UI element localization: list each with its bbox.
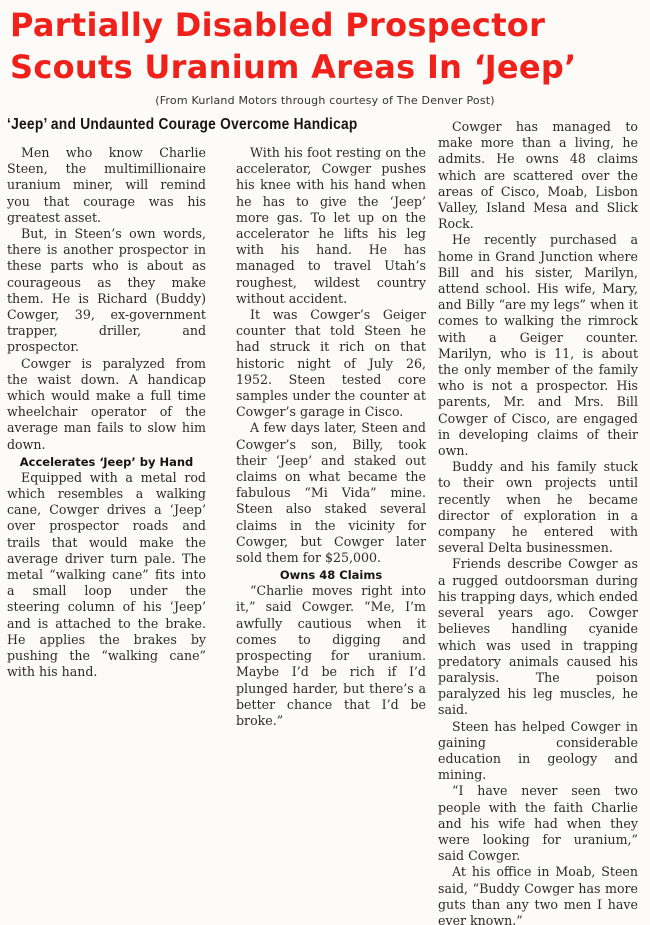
paragraph: Equipped with a metal rod which resemble… (7, 470, 206, 681)
headline: Partially Disabled Prospector Scouts Ura… (10, 4, 650, 88)
paragraph: At his office in Moab, Steen said, “Budd… (438, 864, 638, 925)
paragraph: With his foot resting on the accelerator… (236, 145, 426, 307)
paragraph: Cowger has managed to make more than a l… (438, 119, 638, 232)
paragraph: Buddy and his family stuck to their own … (438, 459, 638, 556)
paragraph: It was Cowger’s Geiger counter that told… (236, 307, 426, 420)
paragraph: He recently purchased a home in Grand Ju… (438, 232, 638, 459)
column-3: Cowger has managed to make more than a l… (438, 119, 638, 925)
source-credit: (From Kurland Motors through courtesy of… (0, 94, 650, 107)
paragraph: Steen has helped Cowger in gaining consi… (438, 719, 638, 784)
paragraph: “Charlie moves right into it,” said Cowg… (236, 583, 426, 729)
section-heading: Owns 48 Claims (236, 567, 426, 583)
column-1: Men who know Charlie Steen, the multimil… (7, 145, 206, 681)
paragraph: Friends describe Cowger as a rugged outd… (438, 556, 638, 718)
subheadline: ‘Jeep’ and Undaunted Courage Overcome Ha… (7, 116, 368, 134)
paragraph: Cowger is paralyzed from the waist down.… (7, 356, 206, 453)
headline-line-1: Partially Disabled Prospector (10, 4, 650, 46)
headline-line-2: Scouts Uranium Areas In ‘Jeep’ (10, 46, 650, 88)
section-heading: Accelerates ‘Jeep’ by Hand (7, 454, 206, 470)
paragraph: Men who know Charlie Steen, the multimil… (7, 145, 206, 226)
paragraph: But, in Steen’s own words, there is anot… (7, 226, 206, 356)
paragraph: A few days later, Steen and Cowger’s son… (236, 420, 426, 566)
paragraph: “I have never seen two people with the f… (438, 783, 638, 864)
column-2: With his foot resting on the accelerator… (236, 145, 426, 729)
